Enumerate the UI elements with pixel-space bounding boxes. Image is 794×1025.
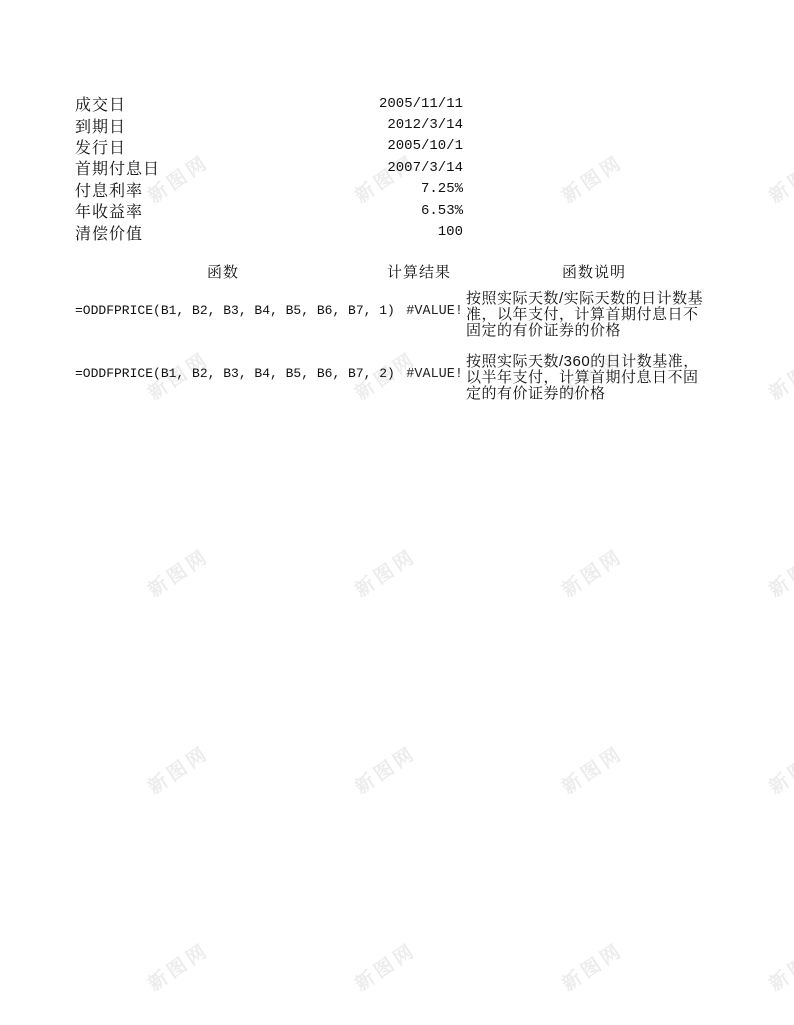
parameter-row: 成交日 2005/11/11 (75, 93, 463, 114)
parameter-row: 清偿价值 100 (75, 221, 463, 242)
description-line: 按照实际天数/360的日计数基准， (466, 354, 728, 370)
parameter-label: 发行日 (75, 135, 126, 158)
description-cell: 按照实际天数/实际天数的日计数基 准，以年支付，计算首期付息日不 固定的有价证券… (466, 291, 728, 339)
parameter-value: 6.53% (421, 203, 463, 219)
column-header-result: 计算结果 (375, 261, 463, 282)
result-cell: #VALUE! (375, 367, 463, 382)
parameter-label: 付息利率 (75, 178, 143, 201)
sheet-content: 成交日 2005/11/11 到期日 2012/3/14 发行日 2005/10… (0, 0, 794, 1025)
parameter-label: 成交日 (75, 92, 126, 115)
parameter-label: 到期日 (75, 114, 126, 137)
parameter-label: 首期付息日 (75, 156, 160, 179)
parameter-value: 2005/10/1 (387, 138, 463, 154)
parameter-value: 2007/3/14 (387, 160, 463, 176)
description-line: 定的有价证券的价格 (466, 386, 728, 402)
result-cell: #VALUE! (375, 304, 463, 319)
column-header-description: 函数说明 (465, 261, 723, 282)
parameter-value: 2012/3/14 (387, 117, 463, 133)
parameter-value: 100 (438, 224, 463, 240)
parameter-row: 首期付息日 2007/3/14 (75, 157, 463, 178)
parameter-row: 发行日 2005/10/1 (75, 136, 463, 157)
description-cell: 按照实际天数/360的日计数基准， 以半年支付，计算首期付息日不固 定的有价证券… (466, 354, 728, 402)
description-line: 以半年支付，计算首期付息日不固 (466, 370, 728, 386)
worksheet: 新图网新图网新图网新图网新图网新图网新图网新图网新图网新图网新图网新图网新图网新… (0, 0, 794, 1025)
parameter-list: 成交日 2005/11/11 到期日 2012/3/14 发行日 2005/10… (75, 93, 463, 243)
parameter-value: 7.25% (421, 181, 463, 197)
formula-cell: =ODDFPRICE(B1, B2, B3, B4, B5, B6, B7, 1… (75, 303, 395, 318)
parameter-row: 付息利率 7.25% (75, 179, 463, 200)
description-line: 准，以年支付，计算首期付息日不 (466, 307, 728, 323)
formula-cell: =ODDFPRICE(B1, B2, B3, B4, B5, B6, B7, 2… (75, 366, 395, 381)
parameter-row: 到期日 2012/3/14 (75, 114, 463, 135)
parameter-label: 清偿价值 (75, 221, 143, 244)
parameter-value: 2005/11/11 (379, 96, 463, 112)
parameter-label: 年收益率 (75, 199, 143, 222)
description-line: 按照实际天数/实际天数的日计数基 (466, 291, 728, 307)
column-header-function: 函数 (75, 261, 371, 282)
parameter-row: 年收益率 6.53% (75, 200, 463, 221)
description-line: 固定的有价证券的价格 (466, 323, 728, 339)
